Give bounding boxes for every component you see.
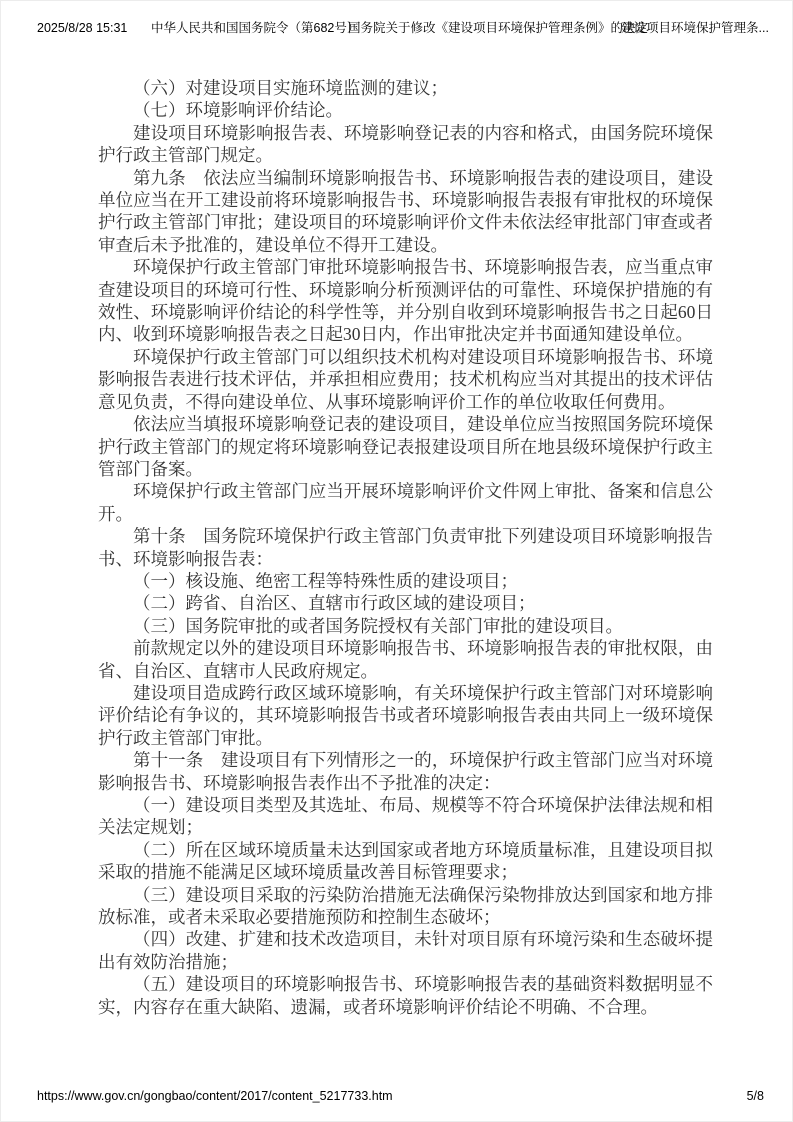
paragraph: 第九条 依法应当编制环境影响报告书、环境影响报告表的建设项目，建设单位应当在开工… — [98, 167, 713, 257]
paragraph: （一）建设项目类型及其选址、布局、规模等不符合环境保护法律法规和相关法定规划； — [98, 794, 713, 839]
paragraph: 环境保护行政主管部门应当开展环境影响评价文件网上审批、备案和信息公开。 — [98, 480, 713, 525]
print-datetime: 2025/8/28 15:31 — [37, 21, 127, 36]
paragraph: （一）核设施、绝密工程等特殊性质的建设项目； — [98, 570, 713, 592]
paragraph: 第十一条 建设项目有下列情形之一的，环境保护行政主管部门应当对环境影响报告书、环… — [98, 749, 713, 794]
header-decision-title: 国务院关于修改《建设项目环境保护管理条例》的决定 — [348, 21, 648, 36]
paragraph: （六）对建设项目实施环境监测的建议； — [98, 77, 713, 99]
paragraph: （三）国务院审批的或者国务院授权有关部门审批的建设项目。 — [98, 615, 713, 637]
paragraph: 依法应当填报环境影响登记表的建设项目，建设单位应当按照国务院环境保护行政主管部门… — [98, 413, 713, 480]
printed-page: 2025/8/28 15:31 中华人民共和国国务院令（第682号） 国务院关于… — [0, 0, 793, 1122]
paragraph: 建设项目造成跨行政区域环境影响，有关环境保护行政主管部门对环境影响评价结论有争议… — [98, 682, 713, 749]
paragraph: 环境保护行政主管部门审批环境影响报告书、环境影响报告表，应当重点审查建设项目的环… — [98, 256, 713, 346]
paragraph: 前款规定以外的建设项目环境影响报告书、环境影响报告表的审批权限，由省、自治区、直… — [98, 637, 713, 682]
header-decree-title: 中华人民共和国国务院令（第682号） — [151, 21, 359, 36]
document-body: （六）对建设项目实施环境监测的建议；（七）环境影响评价结论。建设项目环境影响报告… — [98, 77, 713, 1018]
source-url: https://www.gov.cn/gongbao/content/2017/… — [37, 1089, 393, 1104]
paragraph: （七）环境影响评价结论。 — [98, 99, 713, 121]
paragraph: （二）跨省、自治区、直辖市行政区域的建设项目； — [98, 592, 713, 614]
page-number: 5/8 — [747, 1089, 764, 1104]
header-regulation-title-truncated: 建设项目环境保护管理条... — [621, 21, 769, 36]
paragraph: （二）所在区域环境质量未达到国家或者地方环境质量标准，且建设项目拟采取的措施不能… — [98, 839, 713, 884]
paragraph: （五）建设项目的环境影响报告书、环境影响报告表的基础资料数据明显不实，内容存在重… — [98, 973, 713, 1018]
paragraph: （三）建设项目采取的污染防治措施无法确保污染物排放达到国家和地方排放标准，或者未… — [98, 884, 713, 929]
paragraph: （四）改建、扩建和技术改造项目，未针对项目原有环境污染和生态破坏提出有效防治措施… — [98, 928, 713, 973]
paragraph: 环境保护行政主管部门可以组织技术机构对建设项目环境影响报告书、环境影响报告表进行… — [98, 346, 713, 413]
paragraph: 第十条 国务院环境保护行政主管部门负责审批下列建设项目环境影响报告书、环境影响报… — [98, 525, 713, 570]
paragraph: 建设项目环境影响报告表、环境影响登记表的内容和格式，由国务院环境保护行政主管部门… — [98, 122, 713, 167]
